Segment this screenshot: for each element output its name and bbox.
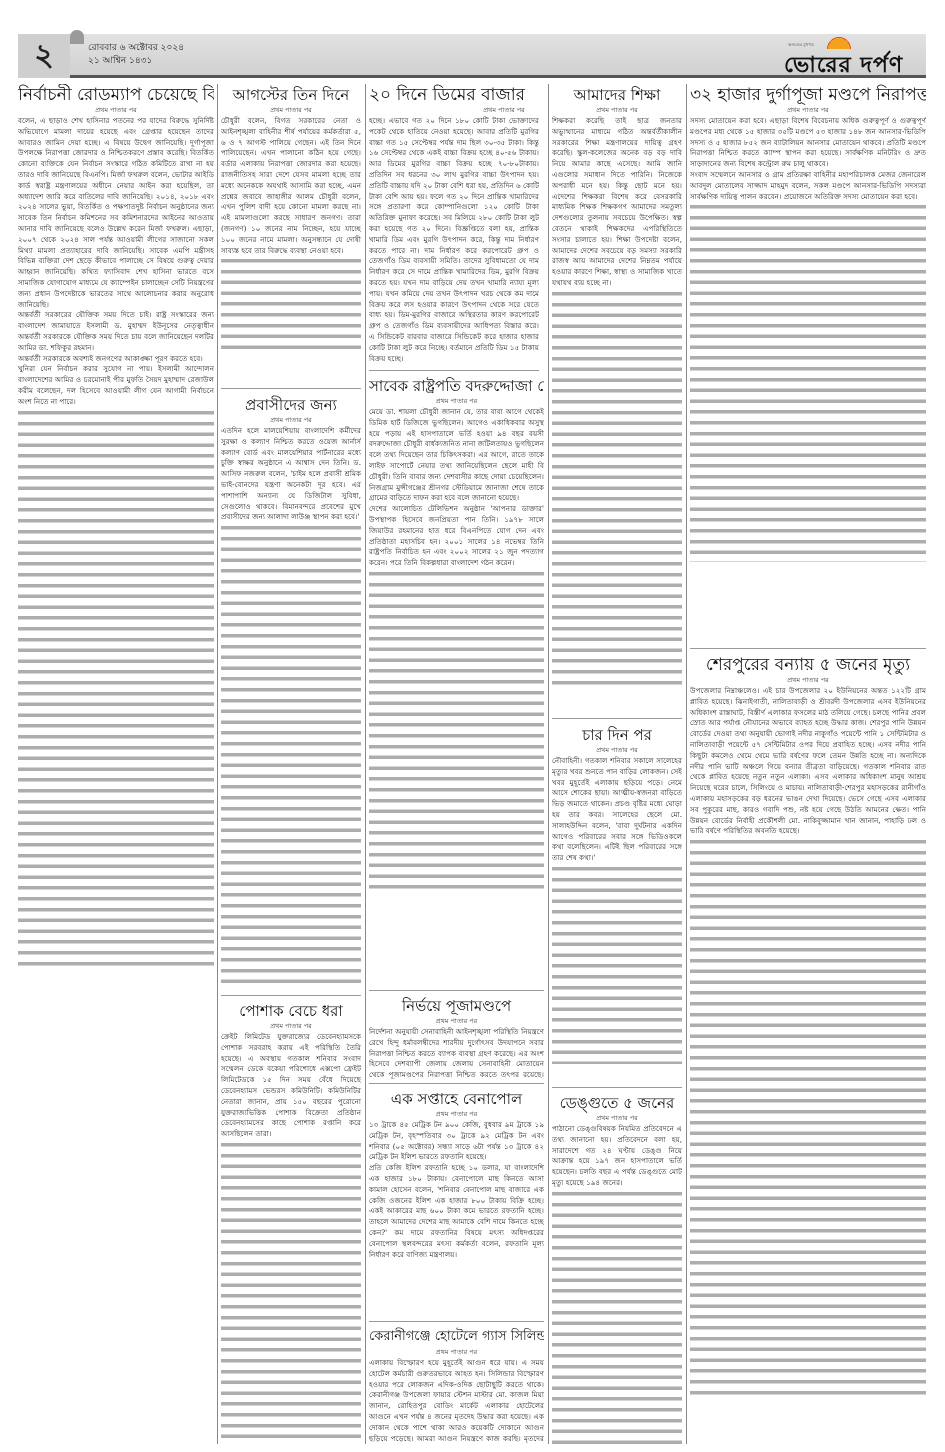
- article-body: হচ্ছে। এভাবে গত ২০ দিনে ১৮০ কোটি টাকা ভো…: [369, 116, 539, 364]
- paragraph: ১৩ ট্রাকে ৪৫ মেট্রিক টন ৯০০ কেজি, বুধবার…: [369, 1120, 544, 1163]
- paragraph: এলাকায় বিস্ফোরণ হয়ে মুহূর্তেই আগুন ধরে…: [369, 1358, 544, 1444]
- story-former-president: সাবেক রাষ্ট্রপতি বদরুদ্দোজা চৌধুরী প্রথম…: [369, 375, 544, 987]
- continued-label: প্রথম পাতার পর: [369, 106, 539, 115]
- paragraph: প্রতি কেজি ইলিশ রফতানি হচ্ছে ১০ ডলার, যা…: [369, 1163, 544, 1260]
- paragraph: খুনিরা যেন নির্বাচন করার সুযোগ না পায়। …: [18, 364, 214, 407]
- headline[interactable]: কেরানীগঞ্জে হোটেলে গ্যাস সিলিন্ডার: [369, 1326, 544, 1348]
- continued-label: প্রথম পাতার পর: [552, 746, 682, 755]
- headline[interactable]: এক সপ্তাহে বেনাপোল: [369, 1088, 544, 1110]
- story-our-education: আমাদের শিক্ষা প্রথম পাতার পর শিক্ষকরা কর…: [552, 84, 682, 714]
- headline[interactable]: নির্বাচনী রোডম্যাপ চেয়েছে বিএনপি: [18, 84, 214, 106]
- text-continuation: [552, 289, 682, 689]
- section-divider: [552, 718, 682, 719]
- article-body: সদস্য মোতায়েন করা হবে। এছাড়া বিশেষ বিব…: [690, 116, 926, 562]
- story-garments-sale: পোশাক বেচে ধরা প্রথম পাতার পর ক্রেইট লিম…: [221, 1000, 361, 1444]
- paragraph: মেয়ে ডা. শায়লা চৌধুরী জানান যে, তার বা…: [369, 407, 544, 504]
- text-continuation: [690, 837, 926, 1397]
- section-divider: [221, 995, 361, 996]
- article-body: এলাকায় বিস্ফোরণ হয়ে মুহূর্তেই আগুন ধরে…: [369, 1358, 544, 1444]
- section-divider: [552, 1087, 682, 1088]
- text-continuation: [552, 1189, 682, 1444]
- page-number: ২: [18, 34, 70, 78]
- article-body: শিক্ষকরা করেছি তাই ছাত্র জনতার অভ্যুত্থা…: [552, 116, 682, 689]
- headline[interactable]: ডেঙ্গুতে ৫ জনের: [552, 1092, 682, 1114]
- bengali-date: ২১ আশ্বিন ১৪৩১: [88, 55, 184, 68]
- section-divider: [369, 370, 539, 371]
- text-continuation: [369, 569, 544, 889]
- logo-text: ভোরের দর্পণ: [784, 48, 903, 85]
- story-puja-security: ৩২ হাজার দুর্গাপূজা মণ্ডপে নিরাপত্তা প্র…: [690, 84, 926, 644]
- article-body: উপজেলার নিম্নাঞ্চলেও। এই চার উপজেলার ২০ …: [690, 686, 926, 1397]
- continued-label: প্রথম পাতার পর: [552, 106, 682, 115]
- article-body: পাঠানো ডেঙ্গুবিষয়ক নিয়মিত প্রতিবেদনে এ…: [552, 1124, 682, 1444]
- section-divider: [369, 1321, 544, 1322]
- headline[interactable]: ৩২ হাজার দুর্গাপূজা মণ্ডপে নিরাপত্তা: [690, 84, 926, 106]
- headline[interactable]: আগস্টের তিন দিনে: [221, 84, 361, 106]
- headline[interactable]: সাবেক রাষ্ট্রপতি বদরুদ্দোজা চৌধুরী: [369, 375, 544, 397]
- article-body: নির্দেশনা অনুযায়ী সেনাবাহিনী আইনশৃঙ্খলা…: [369, 1027, 544, 1080]
- paragraph: অন্তর্বর্তী সরকারের যৌক্তিক সময় দিতে চা…: [18, 310, 214, 353]
- continued-label: প্রথম পাতার পর: [221, 1022, 361, 1031]
- continued-label: প্রথম পাতার পর: [690, 106, 926, 115]
- article-body: নৌবাহিনী। গতকাল শনিবার সকালে সালেহের মৃত…: [552, 756, 682, 1064]
- text-continuation: [221, 256, 361, 356]
- continued-label: প্রথম পাতার পর: [552, 1114, 682, 1123]
- paragraph: শিক্ষকরা করেছি তাই ছাত্র জনতার অভ্যুত্থা…: [552, 116, 682, 289]
- text-continuation: [18, 408, 214, 968]
- story-sherpur-flood: শেরপুরের বন্যায় ৫ জনের মৃত্যু প্রথম পাত…: [690, 654, 926, 1444]
- paragraph: বলেন, এ ছাড়াও শেখ হাসিনার পতনের পর যাদে…: [18, 116, 214, 310]
- section-divider: [369, 1083, 544, 1084]
- headline[interactable]: ২০ দিনে ডিমের বাজার থেকে ২৮০: [369, 84, 531, 106]
- paragraph: নৌবাহিনী। গতকাল শনিবার সকালে সালেহের মৃত…: [552, 756, 682, 864]
- article-body: এতদিন হলে মালয়েশিয়ায় বাংলাদেশি কর্মীদ…: [221, 426, 361, 983]
- column-rule: [548, 84, 549, 1444]
- continued-label: প্রথম পাতার পর: [369, 1348, 544, 1357]
- paragraph: উপজেলার নিম্নাঞ্চলেও। এই চার উপজেলার ২০ …: [690, 686, 926, 837]
- story-dengue-deaths: ডেঙ্গুতে ৫ জনের প্রথম পাতার পর পাঠানো ডে…: [552, 1092, 682, 1444]
- section-divider: [690, 648, 926, 649]
- text-continuation: [690, 202, 926, 562]
- column-rule: [217, 84, 218, 1444]
- column-rule: [365, 84, 366, 1444]
- date-block: রোববার ৬ অক্টোবর ২০২৪ ২১ আশ্বিন ১৪৩১: [88, 42, 184, 68]
- story-expatriates: প্রবাসীদের জন্য প্রথম পাতার পর এতদিন হলে…: [221, 394, 361, 992]
- headline[interactable]: চার দিন পর: [552, 724, 682, 746]
- continued-label: প্রথম পাতার পর: [221, 416, 361, 425]
- continued-label: প্রথম পাতার পর: [221, 106, 361, 115]
- headline[interactable]: আমাদের শিক্ষা: [552, 84, 682, 106]
- article-body: মেয়ে ডা. শায়লা চৌধুরী জানান যে, তার বা…: [369, 407, 544, 889]
- headline[interactable]: শেরপুরের বন্যায় ৫ জনের মৃত্যু: [690, 654, 926, 676]
- headline[interactable]: পোশাক বেচে ধরা: [221, 1000, 361, 1022]
- continued-label: প্রথম পাতার পর: [369, 1017, 544, 1026]
- paragraph: চৌধুরী বলেন, বিগত সরকারের নেতা ও আইনশৃঙ্…: [221, 116, 361, 256]
- paragraph: পাঠানো ডেঙ্গুবিষয়ক নিয়মিত প্রতিবেদনে এ…: [552, 1124, 682, 1189]
- column-rule: [686, 84, 687, 1444]
- newspaper-logo[interactable]: অসত্যের মুখপত্র ভোরের দর্পণ: [782, 36, 912, 76]
- story-bnp-roadmap: নির্বাচনী রোডম্যাপ চেয়েছে বিএনপি প্রথম …: [18, 84, 214, 1444]
- continued-label: প্রথম পাতার পর: [690, 676, 926, 685]
- story-egg-market-body: প্রথম পাতার পর হচ্ছে। এভাবে গত ২০ দিনে ১…: [369, 106, 539, 368]
- text-continuation: [552, 864, 682, 1064]
- paragraph: সদস্য মোতায়েন করা হবে। এছাড়া বিশেষ বিব…: [690, 116, 926, 170]
- paragraph: এতদিন হলে মালয়েশিয়ায় বাংলাদেশি কর্মীদ…: [221, 426, 361, 523]
- section-divider: [369, 990, 544, 991]
- paragraph: ক্রেইট লিমিটেড যুক্তরাজ্যের ডেবেনহ্যামসক…: [221, 1032, 361, 1140]
- story-august-three-days: আগস্টের তিন দিনে প্রথম পাতার পর চৌধুরী ব…: [221, 84, 361, 384]
- gregorian-date: রোববার ৬ অক্টোবর ২০২৪: [88, 42, 184, 55]
- headline[interactable]: প্রবাসীদের জন্য: [221, 394, 361, 416]
- page-header-bar: ২ রোববার ৬ অক্টোবর ২০২৪ ২১ আশ্বিন ১৪৩১ অ…: [18, 34, 926, 78]
- continued-label: প্রথম পাতার পর: [369, 1110, 544, 1119]
- paragraph: সংবাদ সম্মেলনে আনসার ও গ্রাম প্রতিরক্ষা …: [690, 170, 926, 202]
- text-continuation: [221, 1140, 361, 1440]
- story-benapole: এক সপ্তাহে বেনাপোল প্রথম পাতার পর ১৩ ট্র…: [369, 1088, 544, 1318]
- paragraph: দেশের আলোচিত টেলিভিশন অনুষ্ঠান 'আপনার ডা…: [369, 504, 544, 569]
- text-continuation: [221, 523, 361, 983]
- page-curl-icon: [70, 30, 84, 44]
- paragraph: অন্তর্বর্তী সরকারকে অবশ্যই জনগণের আকাঙ্ক…: [18, 354, 214, 365]
- article-body: ১৩ ট্রাকে ৪৫ মেট্রিক টন ৯০০ কেজি, বুধবার…: [369, 1120, 544, 1260]
- paragraph: নির্দেশনা অনুযায়ী সেনাবাহিনী আইনশৃঙ্খলা…: [369, 1027, 544, 1080]
- paragraph: হচ্ছে। এভাবে গত ২০ দিনে ১৮০ কোটি টাকা ভো…: [369, 116, 539, 364]
- continued-label: প্রথম পাতার পর: [369, 397, 544, 406]
- story-fearless-puja: নির্ভয়ে পূজামণ্ডপে প্রথম পাতার পর নির্দ…: [369, 995, 544, 1080]
- story-keraniganj-gas-cylinder: কেরানীগঞ্জে হোটেলে গ্যাস সিলিন্ডার প্রথম…: [369, 1326, 544, 1444]
- continued-label: প্রথম পাতার পর: [18, 106, 214, 115]
- article-body: বলেন, এ ছাড়াও শেখ হাসিনার পতনের পর যাদে…: [18, 116, 214, 968]
- section-divider: [221, 388, 361, 389]
- story-four-days-later: চার দিন পর প্রথম পাতার পর নৌবাহিনী। গতকা…: [552, 724, 682, 1084]
- article-body: চৌধুরী বলেন, বিগত সরকারের নেতা ও আইনশৃঙ্…: [221, 116, 361, 356]
- article-body: ক্রেইট লিমিটেড যুক্তরাজ্যের ডেবেনহ্যামসক…: [221, 1032, 361, 1440]
- headline[interactable]: নির্ভয়ে পূজামণ্ডপে: [369, 995, 544, 1017]
